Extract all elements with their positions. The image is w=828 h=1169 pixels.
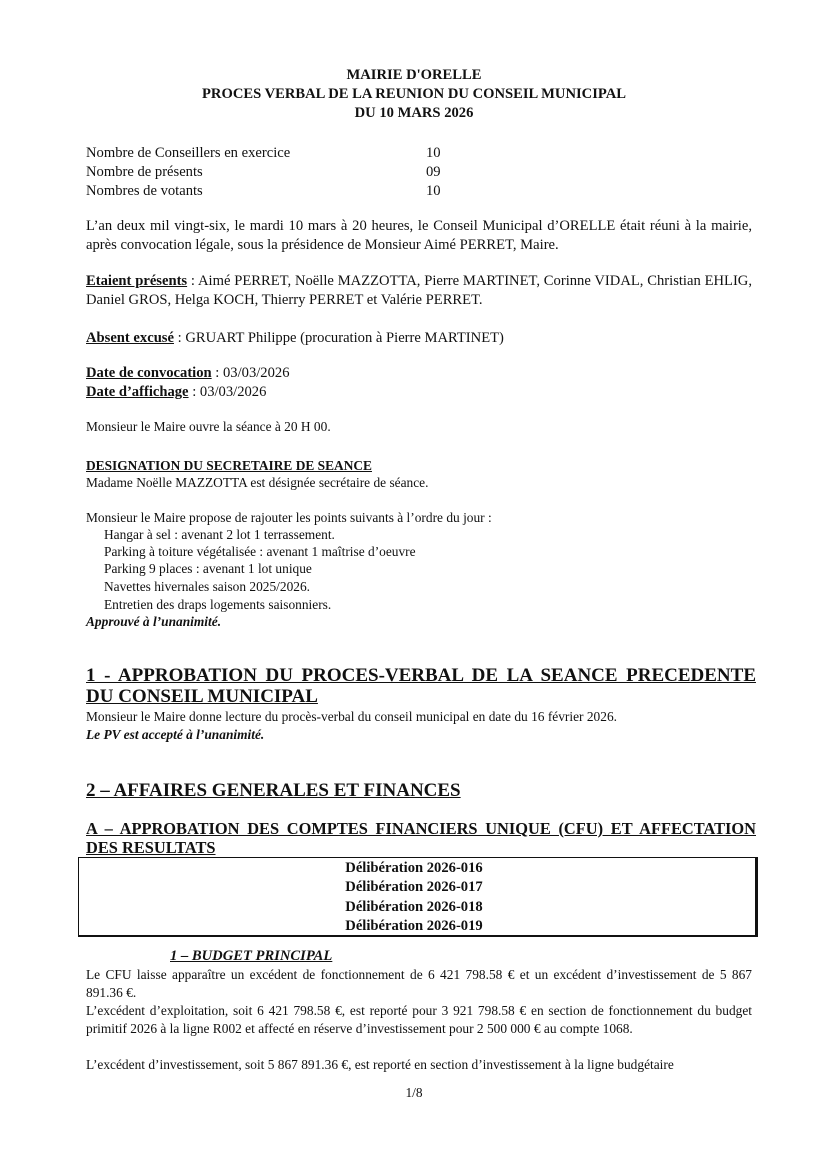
agenda-intro: Monsieur le Maire propose de rajouter le… bbox=[86, 510, 492, 526]
budget-paragraph-3: L’excédent d’investissement, soit 5 867 … bbox=[86, 1057, 754, 1073]
agenda-item: Hangar à sel : avenant 2 lot 1 terrassem… bbox=[104, 527, 335, 543]
stat-label-conseillers: Nombre de Conseillers en exercice bbox=[86, 145, 290, 162]
date-convocation-label: Date de convocation bbox=[86, 365, 212, 381]
date-convocation-value: : 03/03/2026 bbox=[212, 365, 290, 381]
deliberation-ref: Délibération 2026-019 bbox=[0, 918, 828, 935]
absent-label: Absent excusé bbox=[86, 330, 174, 346]
date-affichage: Date d’affichage : 03/03/2026 bbox=[86, 384, 266, 401]
intro-paragraph: L’an deux mil vingt-six, le mardi 10 mar… bbox=[86, 217, 752, 255]
agenda-item: Parking à toiture végétalisée : avenant … bbox=[104, 544, 416, 560]
date-convocation: Date de convocation : 03/03/2026 bbox=[86, 365, 290, 382]
absent-text: : GRUART Philippe (procuration à Pierre … bbox=[174, 330, 504, 346]
budget-paragraph-1: Le CFU laisse apparaître un excédent de … bbox=[86, 966, 752, 1002]
opening-text: Monsieur le Maire ouvre la séance à 20 H… bbox=[86, 419, 331, 435]
stat-label-votants: Nombres de votants bbox=[86, 183, 203, 200]
budget-principal-title: 1 – BUDGET PRINCIPAL bbox=[170, 948, 332, 965]
deliberation-ref: Délibération 2026-016 bbox=[0, 860, 828, 877]
agenda-item: Entretien des draps logements saisonnier… bbox=[104, 597, 331, 613]
section1-title: 1 - APPROBATION DU PROCES-VERBAL DE LA S… bbox=[86, 665, 756, 707]
secretary-title: DESIGNATION DU SECRETAIRE DE SEANCE bbox=[86, 458, 372, 474]
stat-value-presents: 09 bbox=[426, 164, 441, 181]
deliberation-ref: Délibération 2026-018 bbox=[0, 899, 828, 916]
section1-approval: Le PV est accepté à l’unanimité. bbox=[86, 727, 264, 743]
header-title: PROCES VERBAL DE LA REUNION DU CONSEIL M… bbox=[0, 86, 828, 103]
agenda-approval: Approuvé à l’unanimité. bbox=[86, 614, 221, 630]
page-number: 1/8 bbox=[0, 1085, 828, 1101]
header-date: DU 10 MARS 2026 bbox=[0, 105, 828, 122]
section2a-title: A – APPROBATION DES COMPTES FINANCIERS U… bbox=[86, 819, 756, 857]
date-affichage-value: : 03/03/2026 bbox=[189, 384, 267, 400]
presents-label: Etaient présents bbox=[86, 273, 187, 289]
presents-paragraph: Etaient présents : Aimé PERRET, Noëlle M… bbox=[86, 272, 752, 310]
date-affichage-label: Date d’affichage bbox=[86, 384, 189, 400]
document-page: MAIRIE D'ORELLE PROCES VERBAL DE LA REUN… bbox=[0, 0, 828, 1169]
agenda-item: Navettes hivernales saison 2025/2026. bbox=[104, 579, 310, 595]
stat-value-conseillers: 10 bbox=[426, 145, 441, 162]
agenda-item: Parking 9 places : avenant 1 lot unique bbox=[104, 561, 312, 577]
stat-value-votants: 10 bbox=[426, 183, 441, 200]
absent-paragraph: Absent excusé : GRUART Philippe (procura… bbox=[86, 329, 752, 348]
section1-text: Monsieur le Maire donne lecture du procè… bbox=[86, 709, 617, 725]
budget-paragraph-2: L’excédent d’exploitation, soit 6 421 79… bbox=[86, 1002, 752, 1038]
header-town: MAIRIE D'ORELLE bbox=[0, 67, 828, 84]
section2-title: 2 – AFFAIRES GENERALES ET FINANCES bbox=[86, 780, 756, 801]
stat-label-presents: Nombre de présents bbox=[86, 164, 203, 181]
secretary-text: Madame Noëlle MAZZOTTA est désignée secr… bbox=[86, 475, 428, 491]
deliberation-ref: Délibération 2026-017 bbox=[0, 879, 828, 896]
